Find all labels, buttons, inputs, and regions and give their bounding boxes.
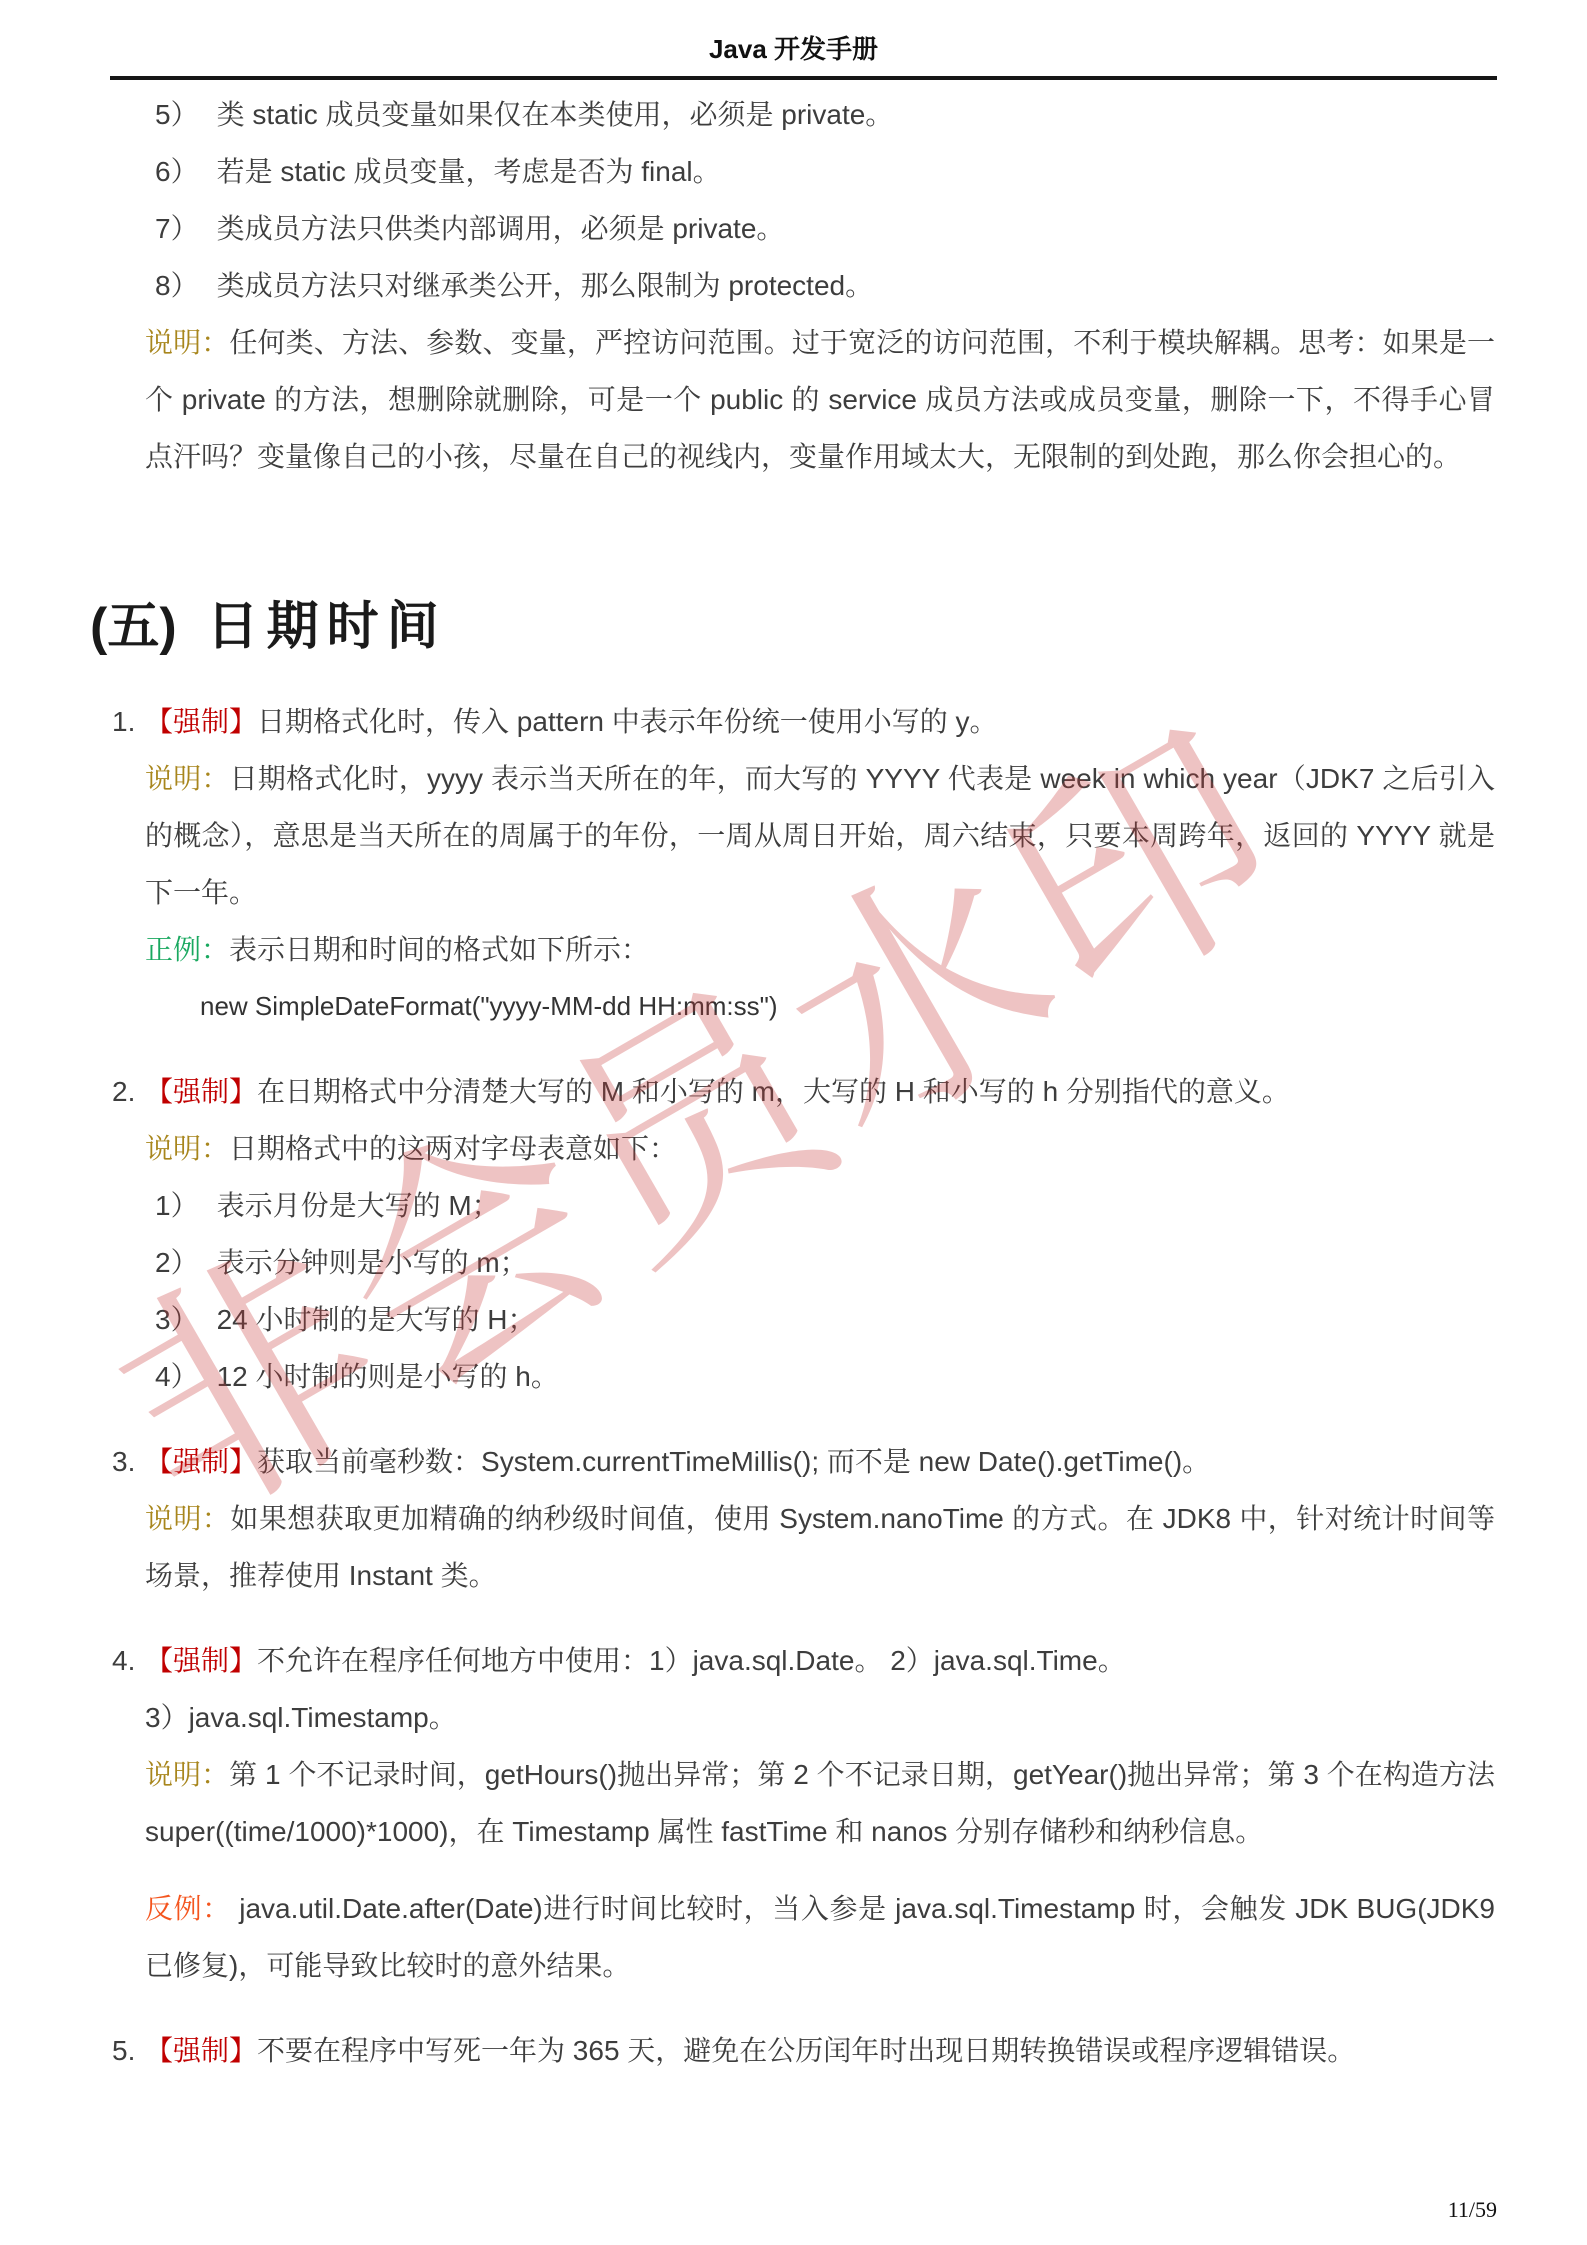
mandatory-label: 【强制】 (145, 706, 257, 737)
list-item-text: 类成员方法只供类内部调用，必须是 private。 (217, 213, 785, 244)
list-item-number: 1） (155, 1177, 199, 1234)
page-number: 11/59 (1448, 2197, 1497, 2223)
rule-note: 说明：第 1 个不记录时间，getHours()抛出异常；第 2 个不记录日期，… (145, 1746, 1495, 1860)
page-header: Java 开发手册 (0, 0, 1587, 80)
list-item-number: 7） (155, 200, 199, 257)
rule-body: 【强制】日期格式化时，传入 pattern 中表示年份统一使用小写的 y。 说明… (145, 693, 1495, 1035)
negative-label: 反例： (145, 1893, 231, 1924)
list-item: 7）类成员方法只供类内部调用，必须是 private。 (145, 200, 1495, 257)
mandatory-label: 【强制】 (145, 1446, 257, 1477)
list-item-text: 24 小时制的是大写的 H； (217, 1304, 536, 1335)
list-item: 3）24 小时制的是大写的 H； (145, 1291, 1495, 1348)
list-item: 1）表示月份是大写的 M； (145, 1177, 1495, 1234)
note-label: 说明： (145, 1503, 230, 1534)
document-page: Java 开发手册 5）类 static 成员变量如果仅在本类使用，必须是 pr… (0, 0, 1587, 2245)
rule-title-line2: 3）java.sql.Timestamp。 (145, 1689, 1495, 1746)
rule-note-text: 日期格式化时，yyyy 表示当天所在的年，而大写的 YYYY 代表是 week … (145, 763, 1495, 908)
rule-note-text: 如果想获取更加精确的纳秒级时间值，使用 System.nanoTime 的方式。… (145, 1503, 1495, 1591)
rule-title: 【强制】日期格式化时，传入 pattern 中表示年份统一使用小写的 y。 (145, 693, 1495, 750)
rule-number: 4. (112, 1632, 135, 1689)
note-label: 说明： (145, 763, 230, 794)
list-item: 8）类成员方法只对继承类公开，那么限制为 protected。 (145, 257, 1495, 314)
rule-positive-text: 表示日期和时间的格式如下所示： (229, 934, 649, 965)
doc-title: Java 开发手册 (0, 32, 1587, 66)
rule-title: 【强制】获取当前毫秒数：System.currentTimeMillis(); … (145, 1433, 1495, 1490)
note-label: 说明： (145, 327, 229, 358)
rule-note: 说明：日期格式化时，yyyy 表示当天所在的年，而大写的 YYYY 代表是 we… (145, 750, 1495, 921)
mandatory-label: 【强制】 (145, 1076, 257, 1107)
rule-note-text: 日期格式中的这两对字母表意如下： (229, 1133, 677, 1164)
rule-item-4: 4. 【强制】不允许在程序任何地方中使用：1）java.sql.Date。 2）… (145, 1632, 1495, 1994)
list-item-number: 5） (155, 86, 199, 143)
mandatory-label: 【强制】 (145, 2035, 257, 2066)
section-title: (五)日期时间 (90, 597, 1495, 657)
list-item-text: 类 static 成员变量如果仅在本类使用，必须是 private。 (217, 99, 894, 130)
rule-note-text: 第 1 个不记录时间，getHours()抛出异常；第 2 个不记录日期，get… (145, 1759, 1495, 1847)
list-item-text: 12 小时制的则是小写的 h。 (217, 1361, 559, 1392)
code-line: new SimpleDateFormat("yyyy-MM-dd HH:mm:s… (200, 978, 1495, 1035)
list-item-number: 4） (155, 1348, 199, 1405)
rule-item-5: 5. 【强制】不要在程序中写死一年为 365 天，避免在公历闰年时出现日期转换错… (145, 2022, 1495, 2079)
list-item-number: 6） (155, 143, 199, 200)
section-number: (五) (90, 598, 177, 656)
rule-negative-text: java.util.Date.after(Date)进行时间比较时，当入参是 j… (145, 1893, 1495, 1981)
list-item-text: 表示月份是大写的 M； (217, 1190, 500, 1221)
list-item-text: 类成员方法只对继承类公开，那么限制为 protected。 (217, 270, 874, 301)
rule-note: 说明：如果想获取更加精确的纳秒级时间值，使用 System.nanoTime 的… (145, 1490, 1495, 1604)
list-item: 5）类 static 成员变量如果仅在本类使用，必须是 private。 (145, 86, 1495, 143)
positive-label: 正例： (145, 934, 229, 965)
rule-number: 3. (112, 1433, 135, 1490)
rule-title-text: 日期格式化时，传入 pattern 中表示年份统一使用小写的 y。 (257, 706, 998, 737)
rule-body: 【强制】不允许在程序任何地方中使用：1）java.sql.Date。 2）jav… (145, 1632, 1495, 1994)
intro-list: 5）类 static 成员变量如果仅在本类使用，必须是 private。 6）若… (145, 86, 1495, 485)
list-item: 4）12 小时制的则是小写的 h。 (145, 1348, 1495, 1405)
rule-number: 2. (112, 1063, 135, 1120)
rule-title-text: 不要在程序中写死一年为 365 天，避免在公历闰年时出现日期转换错误或程序逻辑错… (257, 2035, 1355, 2066)
rule-item-3: 3. 【强制】获取当前毫秒数：System.currentTimeMillis(… (145, 1433, 1495, 1604)
rule-body: 【强制】在日期格式中分清楚大写的 M 和小写的 m，大写的 H 和小写的 h 分… (145, 1063, 1495, 1405)
rule-negative: 反例： java.util.Date.after(Date)进行时间比较时，当入… (145, 1880, 1495, 1994)
list-item: 2）表示分钟则是小写的 m； (145, 1234, 1495, 1291)
rule-note: 说明：日期格式中的这两对字母表意如下： (145, 1120, 1495, 1177)
note-label: 说明： (145, 1759, 229, 1790)
rule-number: 5. (112, 2022, 135, 2079)
note-text: 任何类、方法、参数、变量，严控访问范围。过于宽泛的访问范围，不利于模块解耦。思考… (145, 327, 1495, 472)
list-item-number: 3） (155, 1291, 199, 1348)
rule-title-text: 在日期格式中分清楚大写的 M 和小写的 m，大写的 H 和小写的 h 分别指代的… (257, 1076, 1290, 1107)
rule-body: 【强制】不要在程序中写死一年为 365 天，避免在公历闰年时出现日期转换错误或程… (145, 2022, 1495, 2079)
rule-positive: 正例：表示日期和时间的格式如下所示： (145, 921, 1495, 978)
rule-title: 【强制】在日期格式中分清楚大写的 M 和小写的 m，大写的 H 和小写的 h 分… (145, 1063, 1495, 1120)
rule-title: 【强制】不要在程序中写死一年为 365 天，避免在公历闰年时出现日期转换错误或程… (145, 2022, 1495, 2079)
list-item-text: 若是 static 成员变量，考虑是否为 final。 (217, 156, 721, 187)
rule-item-1: 1. 【强制】日期格式化时，传入 pattern 中表示年份统一使用小写的 y。… (145, 693, 1495, 1035)
page-content: 5）类 static 成员变量如果仅在本类使用，必须是 private。 6）若… (0, 80, 1587, 2079)
rule-number: 1. (112, 693, 135, 750)
rule-title: 【强制】不允许在程序任何地方中使用：1）java.sql.Date。 2）jav… (145, 1632, 1495, 1689)
rule-item-2: 2. 【强制】在日期格式中分清楚大写的 M 和小写的 m，大写的 H 和小写的 … (145, 1063, 1495, 1405)
section-name: 日期时间 (207, 598, 447, 656)
list-item: 6）若是 static 成员变量，考虑是否为 final。 (145, 143, 1495, 200)
note-label: 说明： (145, 1133, 229, 1164)
list-item-number: 2） (155, 1234, 199, 1291)
rule-body: 【强制】获取当前毫秒数：System.currentTimeMillis(); … (145, 1433, 1495, 1604)
list-item-number: 8） (155, 257, 199, 314)
rule-title-text: 不允许在程序任何地方中使用：1）java.sql.Date。 2）java.sq… (257, 1645, 1126, 1676)
note-paragraph: 说明：任何类、方法、参数、变量，严控访问范围。过于宽泛的访问范围，不利于模块解耦… (145, 314, 1495, 485)
list-item-text: 表示分钟则是小写的 m； (217, 1247, 528, 1278)
mandatory-label: 【强制】 (145, 1645, 257, 1676)
rule-title-text: 获取当前毫秒数：System.currentTimeMillis(); 而不是 … (257, 1446, 1210, 1477)
